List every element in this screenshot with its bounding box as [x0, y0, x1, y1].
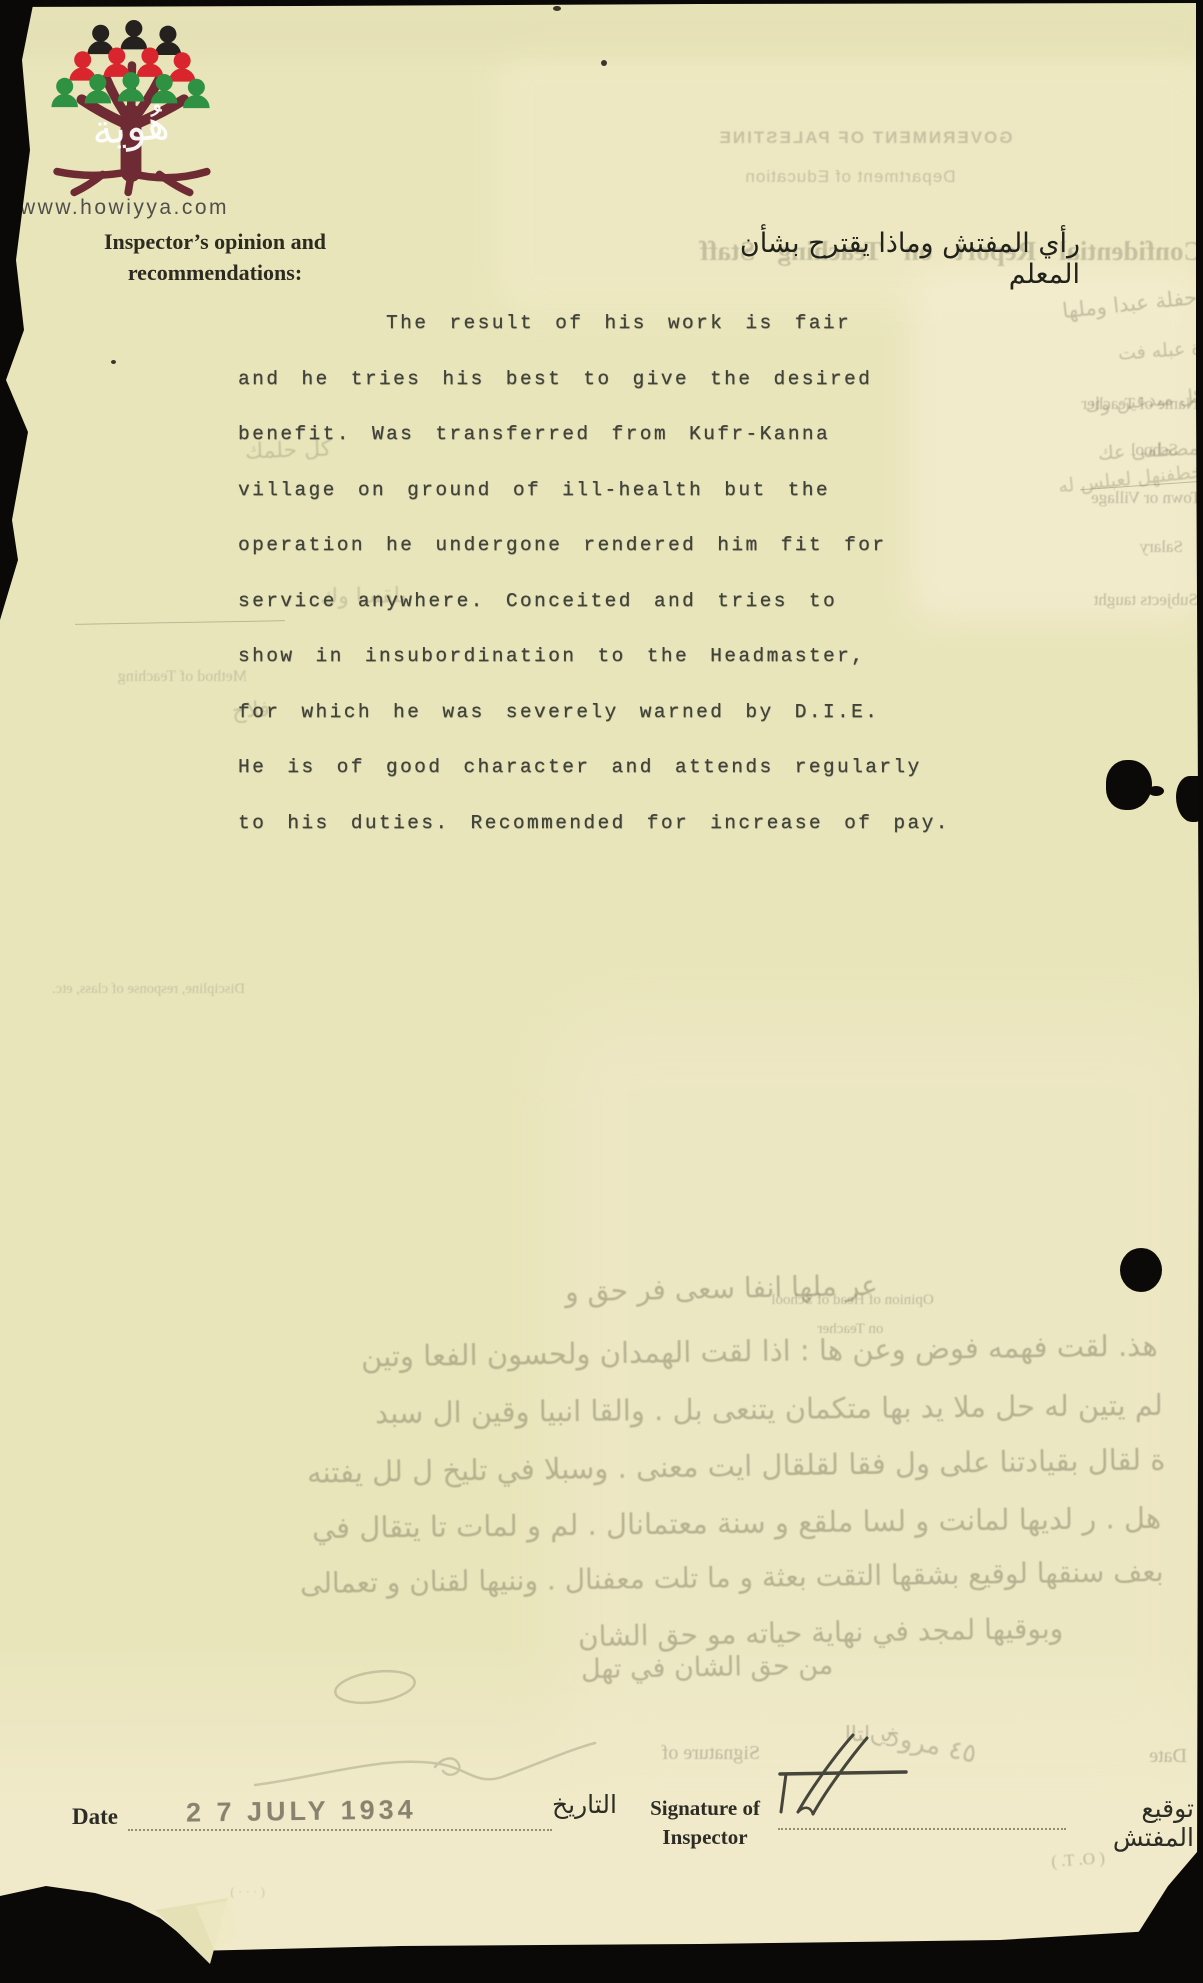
bleedthrough-department-line: Department of Education [730, 167, 970, 187]
handwritten-arabic-line: هل . ر لديها لمانت و لسا ملقع و سنة معتم… [312, 1501, 1162, 1545]
bleedthrough-ot-note: ( O. T. ) [994, 1848, 1105, 1876]
bleedthrough-discipline-label: Discipline, response of class, etc. [25, 981, 245, 998]
handwritten-arabic-line: وبوقيها لمجد في نهاية حياته مو حق الشان [578, 1612, 1064, 1653]
handwritten-margin-note: حفلة عبدا وملها [1061, 285, 1198, 323]
typed-line: The result of his work is fair [238, 296, 978, 352]
typed-line: and he tries his best to give the desire… [238, 352, 978, 408]
typed-line: He is of good character and attends regu… [238, 740, 978, 796]
typed-report-body: The result of his work is fair and he tr… [238, 296, 978, 851]
typed-line: service anywhere. Conceited and tries to [238, 574, 978, 630]
section-title-line1: Inspector’s opinion and [70, 226, 360, 257]
howiyya-logo: هُوية [36, 20, 226, 200]
date-stamp: 2 7 JULY 1934 [186, 1794, 417, 1828]
ink-blob [1106, 760, 1152, 810]
handwritten-margin-note: مصطفى عك [1097, 437, 1199, 464]
handwritten-arabic-line: عر ملها انفا سعى فر حق و [565, 1269, 878, 1309]
handwritten-arabic-line: ة لقال بقيادتنا على ول فقا لقلقال ايت مع… [306, 1442, 1165, 1489]
scanned-document-page: GOVERNMENT OF PALESTINE Department of Ed… [0, 0, 1203, 1983]
handwritten-arabic-line: لم يتين له حل ملا يد بها متكمان يتنعى بل… [375, 1388, 1163, 1430]
bleedthrough-form-label: Subjects taught [1038, 590, 1198, 610]
pencil-scribble [240, 1655, 670, 1805]
bleedthrough-date-label: Date [1115, 1745, 1187, 1768]
typed-line: for which he was severely warned by D.I.… [238, 685, 978, 741]
dust-speck [601, 60, 607, 66]
ink-blob [1176, 776, 1203, 822]
signature-label: Signature of Inspector [640, 1794, 770, 1852]
section-title-line2: recommendations: [70, 257, 360, 288]
date-dotted-line [128, 1829, 552, 1831]
typed-line: benefit. Was transferred from Kufr-Kanna [238, 407, 978, 463]
bleedthrough-form-label: Salary [1101, 537, 1183, 557]
logo-calligraphy-text: هُوية [90, 99, 171, 155]
signature-label-line2: Inspector [640, 1823, 770, 1852]
section-title-arabic: رأي المفتش وماذا يقترح بشأن المعلم [695, 228, 1080, 290]
signature-dotted-line [778, 1828, 1066, 1830]
typed-line: show in insubordination to the Headmaste… [238, 629, 978, 685]
bleedthrough-method-label: Method of Teaching [42, 668, 247, 686]
typed-line: operation he undergone rendered him fit … [238, 518, 978, 574]
signature-label-arabic: توقيع المفتش [1062, 1794, 1194, 1852]
bleedthrough-government-line: GOVERNMENT OF PALESTINE [703, 128, 1027, 148]
handwritten-arabic-line: بعف سنقها لوقيع بشقها التقت بعثة و ما تل… [299, 1555, 1163, 1600]
ink-blob [1148, 786, 1164, 796]
dust-speck [553, 6, 561, 11]
section-title-english: Inspector’s opinion and recommendations: [70, 226, 360, 288]
typed-line: village on ground of ill-health but the [238, 463, 978, 519]
signature-label-line1: Signature of [640, 1794, 770, 1823]
handwritten-arabic-line: هذ. لقت فهمه فوض وعن ها : اذا لقت الهمدا… [361, 1328, 1158, 1373]
typed-line: to his duties. Recommended for increase … [238, 796, 978, 852]
inspector-signature [740, 1718, 940, 1828]
handwritten-margin-note: ة عبله فت [1117, 337, 1202, 365]
dust-speck [111, 360, 116, 364]
ink-blob [1120, 1248, 1162, 1292]
people-tree-icon: هُوية [36, 20, 226, 200]
bleedthrough-faint-mark: ( · · · ) [135, 1884, 265, 1900]
date-label-arabic: التاريخ [552, 1790, 617, 1819]
date-label: Date [72, 1804, 118, 1830]
watermark-url: www.howiyya.com [20, 196, 229, 220]
